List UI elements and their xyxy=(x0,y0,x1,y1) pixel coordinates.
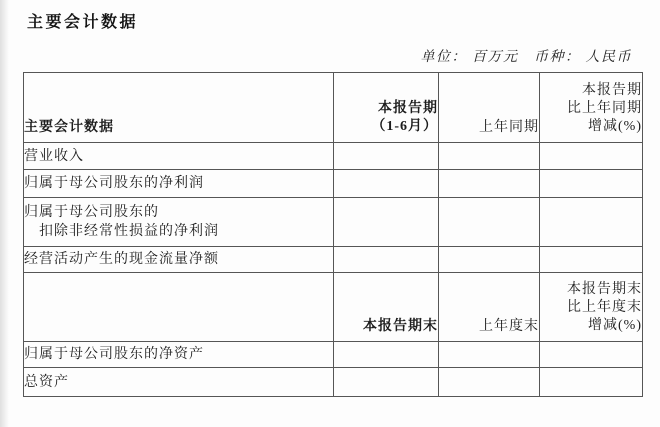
data-cell xyxy=(334,247,439,273)
table-row-operating-revenue: 营业收入 xyxy=(24,143,643,170)
header-line: （1-6月） xyxy=(334,118,438,136)
header-cell-prior-period: 上年同期 xyxy=(439,73,540,143)
data-cell xyxy=(439,143,540,170)
data-cell xyxy=(334,198,439,247)
header-current-period-lines: 本报告期 （1-6月） xyxy=(334,100,438,136)
unit-currency-note: 单位： 百万元 币种： 人民币 xyxy=(421,46,633,66)
document-page: 主要会计数据 单位： 百万元 币种： 人民币 主要会计数据 本报告期 （1-6月… xyxy=(0,0,660,427)
accounting-data-table: 主要会计数据 本报告期 （1-6月） 上年同期 本报告期 比上年同期 增减(%) xyxy=(23,72,643,397)
header-line: 增减(%) xyxy=(540,317,642,335)
data-cell xyxy=(439,170,540,198)
data-cell xyxy=(334,342,439,368)
data-cell xyxy=(439,247,540,273)
header-line: 比上年同期 xyxy=(540,100,642,118)
header-cell-empty xyxy=(24,273,334,342)
data-cell xyxy=(439,368,540,397)
row-label: 归属于母公司股东的净利润 xyxy=(24,170,334,198)
table-row-operating-cash-flow: 经营活动产生的现金流量净额 xyxy=(24,247,643,273)
row-label-text: 经营活动产生的现金流量净额 xyxy=(24,250,333,269)
data-cell xyxy=(540,170,643,198)
row-label: 归属于母公司股东的净资产 xyxy=(24,342,334,368)
data-cell xyxy=(334,170,439,198)
data-cell xyxy=(334,143,439,170)
data-cell xyxy=(334,368,439,397)
page-title: 主要会计数据 xyxy=(27,9,138,32)
header-change-lines: 本报告期末 比上年度末 增减(%) xyxy=(540,281,642,335)
table-row-net-assets: 归属于母公司股东的净资产 xyxy=(24,342,643,368)
row-label: 经营活动产生的现金流量净额 xyxy=(24,247,334,273)
table-header-period-end: 本报告期末 上年度末 本报告期末 比上年度末 增减(%) xyxy=(24,273,643,342)
header-cell-change-pct: 本报告期 比上年同期 增减(%) xyxy=(540,73,643,143)
header-line: 增减(%) xyxy=(540,118,642,136)
header-change-lines: 本报告期 比上年同期 增减(%) xyxy=(540,82,642,136)
header-line: 本报告期 xyxy=(334,100,438,118)
data-cell xyxy=(540,247,643,273)
row-label-text: 归属于母公司股东的净利润 xyxy=(24,174,333,193)
row-label: 归属于母公司股东的 扣除非经常性损益的净利润 xyxy=(24,198,334,247)
header-cell-current-period: 本报告期 （1-6月） xyxy=(334,73,439,143)
row-label: 营业收入 xyxy=(24,143,334,170)
header-cell-prior-year-end: 上年度末 xyxy=(439,273,540,342)
row-label-text: 归属于母公司股东的 xyxy=(24,203,333,222)
header-line: 本报告期 xyxy=(540,82,642,100)
table-header-period: 主要会计数据 本报告期 （1-6月） 上年同期 本报告期 比上年同期 增减(%) xyxy=(24,73,643,143)
row-label-text: 营业收入 xyxy=(24,147,333,166)
header-line: 本报告期末 xyxy=(540,281,642,299)
row-label-text: 归属于母公司股东的净资产 xyxy=(24,345,333,364)
table-row-net-profit-excl-nonrecurring: 归属于母公司股东的 扣除非经常性损益的净利润 xyxy=(24,198,643,247)
table-row-total-assets: 总资产 xyxy=(24,368,643,397)
header-cell-change-pct-end: 本报告期末 比上年度末 增减(%) xyxy=(540,273,643,342)
data-cell xyxy=(540,198,643,247)
data-cell xyxy=(540,143,643,170)
header-line: 比上年度末 xyxy=(540,299,642,317)
header-cell-current-period-end: 本报告期末 xyxy=(334,273,439,342)
row-label-text: 扣除非经常性损益的净利润 xyxy=(24,222,333,241)
page-edge-shadow xyxy=(0,0,9,427)
data-cell xyxy=(540,368,643,397)
data-cell xyxy=(439,342,540,368)
table-row-net-profit: 归属于母公司股东的净利润 xyxy=(24,170,643,198)
data-cell xyxy=(540,342,643,368)
row-label: 总资产 xyxy=(24,368,334,397)
data-cell xyxy=(439,198,540,247)
row-label-text: 总资产 xyxy=(24,373,333,392)
header-cell-label: 主要会计数据 xyxy=(24,73,334,143)
